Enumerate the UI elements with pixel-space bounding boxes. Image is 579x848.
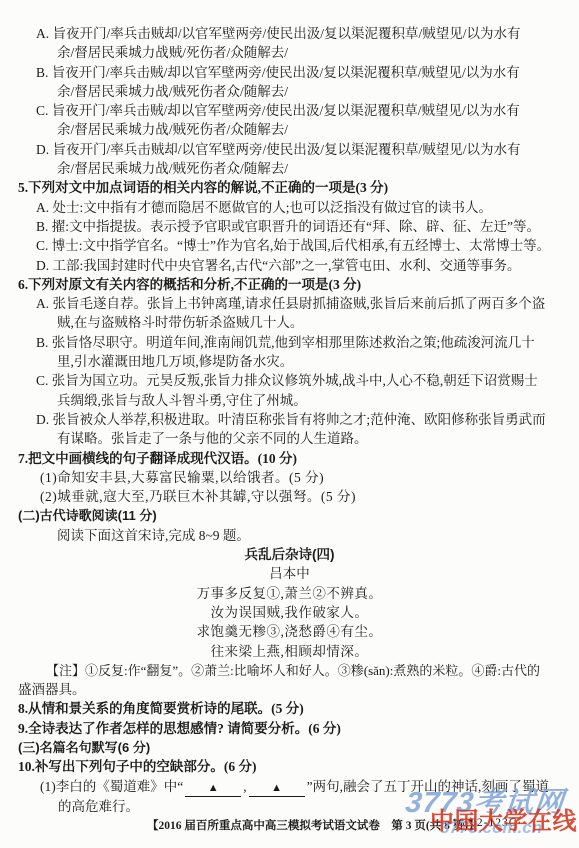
answer-blank-1: ▲ — [185, 781, 241, 797]
q9-stem: 9.全诗表达了作者怎样的思想感情? 请简要分析。(6 分) — [0, 719, 579, 738]
exam-body: A. 旨夜开门/率兵击贼却/以官军壁两旁/使民出汲/复以渠泥覆积草/贼望见/以为… — [0, 24, 579, 816]
q4-option-b-line2: 余/督居民乘城力战/贼死伤者众/随解去/ — [0, 82, 579, 101]
poem-author: 吕本中 — [0, 564, 579, 583]
q4-option-d-line2: 余/督居民乘城力战/贼死伤者众/随解去/ — [0, 159, 579, 178]
q4-option-c-line1: C. 旨夜开门/率兵击贼/却以官军壁两旁/使民出汲/复以渠泥覆积草/贼望见/以为… — [0, 101, 579, 120]
q5-option-a: A. 处士:文中指有才德而隐居不愿做官的人;也可以泛指没有做过官的读书人。 — [0, 198, 579, 217]
q6-option-a-line1: A. 张旨毛遂自荐。张旨上书钟离瑾,请求任县尉抓捕盗贼,张旨后来前后抓了两百多个… — [0, 294, 579, 313]
q5-stem: 5.下列对文中加点词语的相关内容的解说,不正确的一项是(3 分) — [0, 178, 579, 197]
poem-line-3: 求饱羹无糁③,浇愁爵④有尘。 — [0, 622, 579, 641]
exam-paper-page: A. 旨夜开门/率兵击贼却/以官军壁两旁/使民出汲/复以渠泥覆积草/贼望见/以为… — [0, 0, 579, 848]
poem-instruction: 阅读下面这首宋诗,完成 8~9 题。 — [0, 526, 579, 545]
q6-option-b-line1: B. 张旨恪尽职守。明道年间,淮南闹饥荒,他到宰相那里陈述救治之策;他疏浚河流几… — [0, 333, 579, 352]
q10-item-1-separator: , — [243, 779, 246, 794]
section-3-heading: (三)名篇名句默写(6 分) — [0, 738, 579, 757]
q5-option-c: C. 博士:文中指学官名。“博士”作为官名,始于战国,后代相承,有五经博士、太常… — [0, 236, 579, 255]
blank-triangle-2: ▲ — [271, 782, 282, 794]
poem-line-4: 往来梁上燕,相顾却情深。 — [0, 642, 579, 661]
blank-triangle-1: ▲ — [208, 782, 219, 794]
q5-option-b: B. 擢:文中指提拔。表示授予官职或官职晋升的词语还有“拜、除、辟、征、左迁”等… — [0, 217, 579, 236]
q7-item-1: (1)命知安丰县,大募富民输粟,以给饿者。(5 分) — [0, 468, 579, 487]
q8-stem: 8.从情和景关系的角度简要赏析诗的尾联。(5 分) — [0, 699, 579, 718]
answer-blank-2: ▲ — [249, 781, 305, 797]
watermark-site-name: 中国大学在线 — [430, 801, 577, 836]
poem-line-1: 万事多反复①,萧兰②不辨真。 — [0, 584, 579, 603]
q5-option-d: D. 工部:我国封建时代中央官署名,古代“六部”之一,掌管屯田、水利、交通等事务… — [0, 256, 579, 275]
q6-stem: 6.下列对原文有关内容的概括和分析,不正确的一项是(3 分) — [0, 275, 579, 294]
poem-note-line1: 【注】①反复:作“翻复”。②萧兰:比喻坏人和好人。③糁(sǎn):煮熟的米粒。④… — [0, 661, 579, 680]
q6-option-c-line1: C. 张旨为国立功。元昊反叛,张旨力排众议修筑外城,战斗中,人心不稳,朝廷下诏赏… — [0, 371, 579, 390]
q6-option-b-line2: 里,引水灌溉田地几万顷,修堤防备水灾。 — [0, 352, 579, 371]
poem-line-2: 汝为误国贼,我作破家人。 — [0, 603, 579, 622]
q7-item-2: (2)城垂就,寇大至,乃联巨木补其罅,守以强弩。(5 分) — [0, 487, 579, 506]
section-2-heading: (二)古代诗歌阅读(11 分) — [0, 506, 579, 525]
poem-note-line2: 盛酒器具。 — [0, 680, 579, 699]
q6-option-a-line2: 贼,在与盗贼格斗时带伤斩杀盗贼几十人。 — [0, 313, 579, 332]
q4-option-b-line1: B. 旨夜开门/率兵击贼/却以官军壁两旁/使民出汲/复以渠泥覆积草/贼望见/以为… — [0, 63, 579, 82]
q4-option-a-line2: 余/督居民乘城力战贼/死伤者/众随解去/ — [0, 43, 579, 62]
q10-item-1-prefix: (1)李白的《蜀道难》中“ — [40, 779, 183, 794]
poem-title: 兵乱后杂诗(四) — [0, 545, 579, 564]
q4-option-a-line1: A. 旨夜开门/率兵击贼却/以官军壁两旁/使民出汲/复以渠泥覆积草/贼望见/以为… — [0, 24, 579, 43]
q6-option-c-line2: 兵绸缎,张旨与敌人斗智斗勇,守住了州城。 — [0, 391, 579, 410]
q6-option-d-line1: D. 张旨被众人举荐,积极进取。叶清臣称张旨有将帅之才;范仲淹、欧阳修称张旨勇武… — [0, 410, 579, 429]
q10-stem: 10.补写出下列句子中的空缺部分。(6 分) — [0, 757, 579, 776]
q4-option-d-line1: D. 旨夜开门/率兵击贼却/以官军壁两旁/使民出汲/复以渠泥覆积草/贼望见/以为… — [0, 140, 579, 159]
q4-option-c-line2: 余/督居民乘城力战/贼死伤者/众随解去/ — [0, 120, 579, 139]
q6-option-d-line2: 有谋略。张旨走了一条与他的父亲不同的人生道路。 — [0, 429, 579, 448]
q7-stem: 7.把文中画横线的句子翻译成现代汉语。(10 分) — [0, 449, 579, 468]
